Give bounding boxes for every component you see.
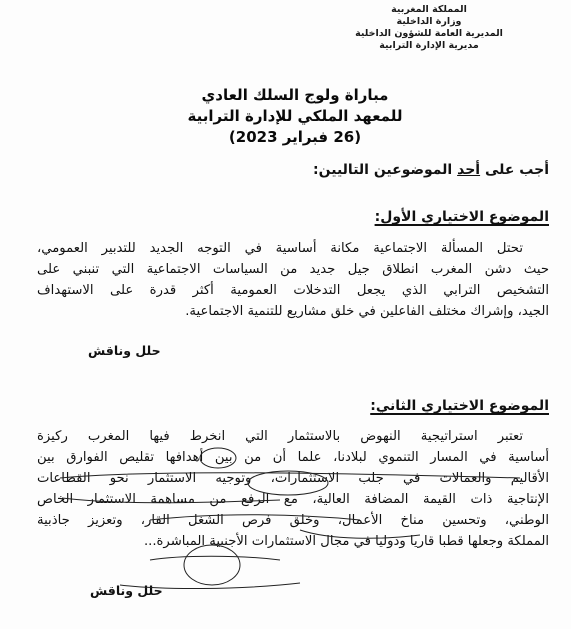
topic-1-line: التشخيص الترابي الذي يجعل التدخلات العمو… <box>37 280 549 301</box>
topic-2-line: الوطني، وتحسين مناخ الأعمال، وخلق فرص ال… <box>37 510 549 531</box>
header-line-directorate-general: المديرية العامة للشؤون الداخلية <box>349 28 509 40</box>
underline-annotation <box>150 556 280 560</box>
header-line-kingdom: المملكة المغربية <box>349 4 509 16</box>
title-date: (26 فبراير 2023) <box>170 127 420 148</box>
topic-2-line: المملكة وجعلها قطبا قاريا ودوليا في مجال… <box>37 531 549 552</box>
instruction-underlined: أحد <box>457 162 480 178</box>
title-line-2: للمعهد الملكي للإدارة الترابية <box>170 106 420 127</box>
topic-2-text: تعتبر استراتيجية النهوض بالاستثمار التي … <box>37 426 549 552</box>
general-instruction: أجب على أحد الموضوعين التاليين: <box>313 162 549 178</box>
exam-title: مباراة ولوج السلك العادي للمعهد الملكي ل… <box>170 85 420 148</box>
topic-1-text: تحتل المسألة الاجتماعية مكانة أساسية في … <box>37 238 549 322</box>
topic-1-heading: الموضوع الاختياري الأول: <box>375 209 549 225</box>
topic-2-line: تعتبر استراتيجية النهوض بالاستثمار التي … <box>37 426 549 447</box>
topic-2-line: أساسية في المسار التنموي لبلادنا، علما أ… <box>37 447 549 468</box>
topic-1-task: حلل وناقش <box>88 343 161 358</box>
ministry-header: المملكة المغربية وزارة الداخلية المديرية… <box>349 4 509 52</box>
topic-1-line: حيث دشن المغرب انطلاق جيل جديد من السياس… <box>37 259 549 280</box>
header-line-directorate: مديرية الإدارة الترابية <box>349 40 509 52</box>
instruction-before: أجب على <box>480 162 549 178</box>
topic-2-line: الإنتاجية ذات القيمة المضافة العالية، مع… <box>37 489 549 510</box>
exam-document-page: المملكة المغربية وزارة الداخلية المديرية… <box>0 0 571 629</box>
instruction-after: الموضوعين التاليين: <box>313 162 457 178</box>
topic-2-task: حلل وناقش <box>90 583 163 598</box>
header-line-ministry: وزارة الداخلية <box>349 16 509 28</box>
topic-2-heading: الموضوع الاختياري الثاني: <box>370 398 549 414</box>
topic-1-line: تحتل المسألة الاجتماعية مكانة أساسية في … <box>37 238 549 259</box>
topic-2-line: الأقاليم والعمالات في جلب الاستثمارات، و… <box>37 468 549 489</box>
title-line-1: مباراة ولوج السلك العادي <box>170 85 420 106</box>
topic-1-line: الجيد، وإشراك مختلف الفاعلين في خلق مشار… <box>37 301 549 322</box>
